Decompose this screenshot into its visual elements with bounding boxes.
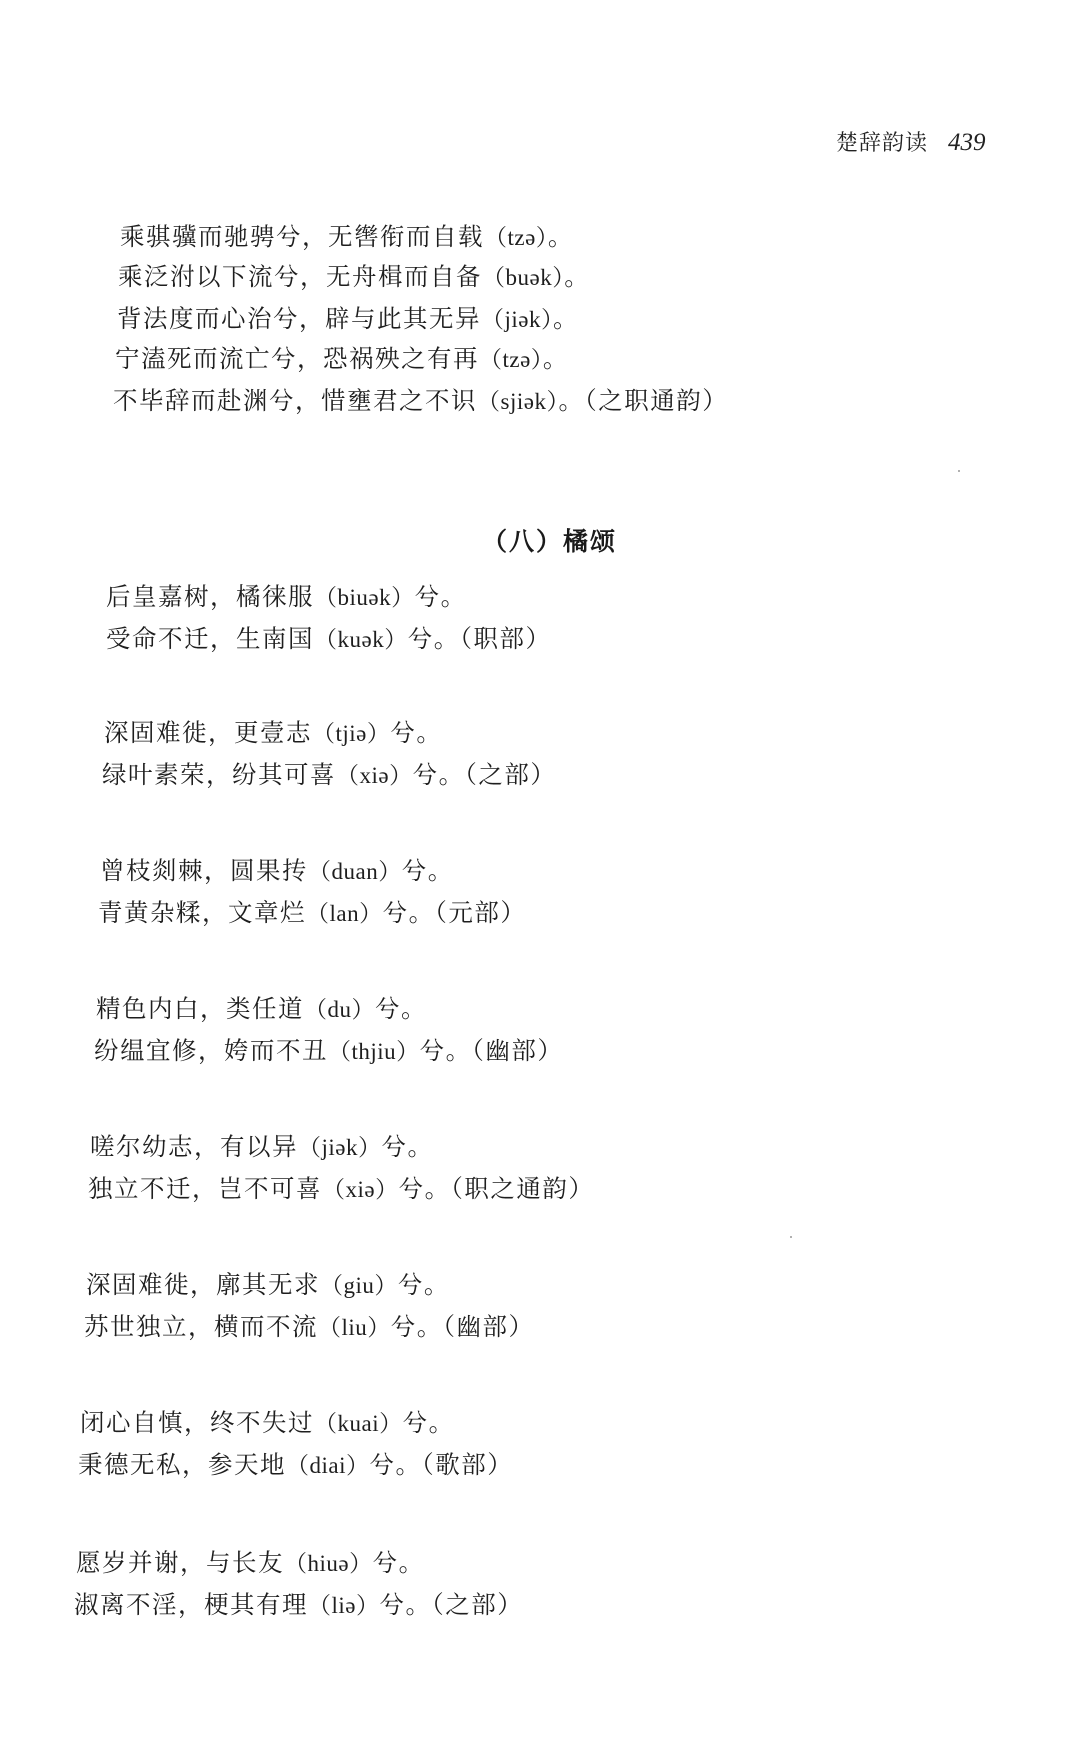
rhyme-reconstruction: （du） xyxy=(304,997,375,1022)
rhyme-reconstruction: （duan） xyxy=(308,859,402,884)
scan-speck xyxy=(958,470,960,472)
rhyme-reconstruction: （xiə） xyxy=(336,763,413,788)
rhyme-reconstruction: （jiək） xyxy=(481,307,553,332)
rhyme-reconstruction: （sjiək） xyxy=(477,389,558,414)
verse-line: 苏世独立，横而不流（liu）兮。（幽部） xyxy=(84,1308,535,1343)
rhyme-reconstruction: （xiə） xyxy=(322,1177,399,1202)
verse-line: 乘骐骥而驰骋兮，无辔衔而自载（tzə）。 xyxy=(120,218,574,253)
rhyme-reconstruction: （thjiu） xyxy=(328,1039,420,1064)
verse-line: 宁溘死而流亡兮，恐祸殃之有再（tzə）。 xyxy=(115,340,569,375)
verse-line: 淑离不淫，梗其有理（liə）兮。（之部） xyxy=(74,1586,523,1621)
book-title: 楚辞韵读 xyxy=(836,131,928,156)
rhyme-group-note: （职部） xyxy=(460,624,552,653)
rhyme-group-note: （幽部） xyxy=(472,1036,564,1065)
rhyme-reconstruction: （giu） xyxy=(320,1273,398,1298)
rhyme-reconstruction: （kuək） xyxy=(314,627,408,652)
rhyme-group-note: （幽部） xyxy=(443,1312,535,1341)
verse-line: 深固难徙，更壹志（tjiə）兮。 xyxy=(104,714,442,749)
rhyme-reconstruction: （tzə） xyxy=(484,225,548,250)
verse-line: 曾枝剡棘，圆果抟（duan）兮。 xyxy=(100,852,454,887)
rhyme-reconstruction: （liə） xyxy=(308,1593,380,1618)
rhyme-reconstruction: （liu） xyxy=(318,1315,391,1340)
running-header: 楚辞韵读439 xyxy=(836,126,986,157)
verse-line: 独立不迁，岂不可喜（xiə）兮。（职之通韵） xyxy=(88,1170,594,1205)
rhyme-reconstruction: （kuai） xyxy=(314,1411,403,1436)
rhyme-reconstruction: （tjiə） xyxy=(312,721,390,746)
rhyme-group-note: （歌部） xyxy=(422,1450,514,1479)
verse-line: 受命不迁，生南国（kuək）兮。（职部） xyxy=(106,620,551,655)
verse-line: 闭心自慎，终不失过（kuai）兮。 xyxy=(80,1404,455,1439)
verse-line: 深固难徙，廓其无求（giu）兮。 xyxy=(86,1266,450,1301)
rhyme-reconstruction: （diai） xyxy=(286,1453,370,1478)
rhyme-group-note: （职之通韵） xyxy=(451,1174,595,1203)
rhyme-reconstruction: （lan） xyxy=(306,901,383,926)
rhyme-reconstruction: （jiək） xyxy=(298,1135,382,1160)
rhyme-reconstruction: （buək） xyxy=(482,265,564,290)
verse-line: 嗟尔幼志，有以异（jiək）兮。 xyxy=(90,1128,434,1163)
rhyme-reconstruction: （tzə） xyxy=(479,347,543,372)
verse-line: 乘泛泭以下流兮，无舟楫而自备（buək）。 xyxy=(118,258,590,293)
verse-line: 愿岁并谢，与长友（hiuə）兮。 xyxy=(76,1544,425,1579)
verse-line: 精色内白，类任道（du）兮。 xyxy=(96,990,427,1025)
verse-line: 绿叶素荣，纷其可喜（xiə）兮。（之部） xyxy=(102,756,556,791)
verse-line: 不毕辞而赴渊兮，惜壅君之不识（sjiək）。（之职通韵） xyxy=(113,382,728,417)
verse-line: 秉德无私，参天地（diai）兮。（歌部） xyxy=(78,1446,513,1481)
rhyme-group-note: （之职通韵） xyxy=(584,386,728,415)
rhyme-group-note: （之部） xyxy=(432,1590,524,1619)
verse-line: 后皇嘉树，橘徕服（biuək）兮。 xyxy=(106,578,467,613)
rhyme-group-note: （元部） xyxy=(435,898,527,927)
section-heading: （八）橘颂 xyxy=(482,522,617,558)
verse-line: 背法度而心治兮，辟与此其无异（jiək）。 xyxy=(117,300,579,335)
page-number: 439 xyxy=(948,129,986,156)
scan-speck xyxy=(790,1236,792,1238)
rhyme-reconstruction: （hiuə） xyxy=(284,1551,373,1576)
verse-line: 青黄杂糅，文章烂（lan）兮。（元部） xyxy=(98,894,526,929)
verse-line: 纷缊宜修，姱而不丑（thjiu）兮。（幽部） xyxy=(94,1032,563,1067)
rhyme-reconstruction: （biuək） xyxy=(314,585,415,610)
rhyme-group-note: （之部） xyxy=(465,760,557,789)
